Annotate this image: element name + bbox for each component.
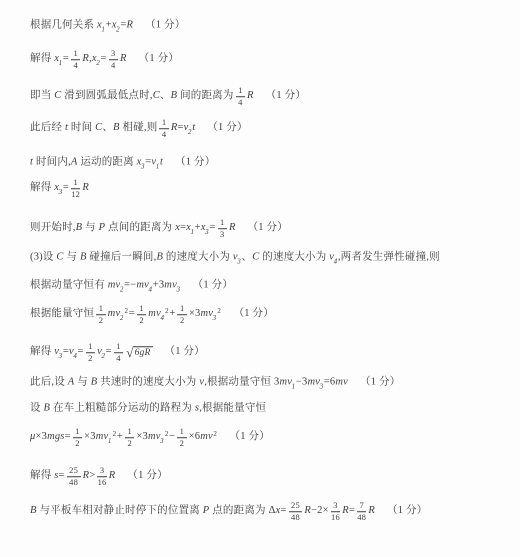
fraction-numerator: 1 <box>137 304 146 315</box>
superscript: 2 <box>217 307 221 315</box>
fraction: 34 <box>109 49 118 71</box>
fraction-numerator: 1 <box>71 178 80 189</box>
fraction-numerator: 7 <box>357 501 366 512</box>
math-symbol: P <box>203 506 210 519</box>
text-run: 相碰,则 <box>120 123 158 136</box>
score-label: （1 分） <box>387 506 427 519</box>
text-run: 点的距离为 <box>209 506 268 519</box>
text-run: = <box>59 471 65 484</box>
math-symbol: mgs <box>47 432 65 445</box>
score-label: （1 分） <box>193 280 233 293</box>
subscript: 4 <box>149 285 153 293</box>
fraction-denominator: 16 <box>331 513 340 523</box>
text-run: 、 <box>242 252 253 265</box>
text-run: 的速度大小为 <box>259 252 329 265</box>
math-symbol: B <box>91 377 98 390</box>
subscript: 3 <box>59 352 63 360</box>
fraction: 13 <box>218 218 227 240</box>
fraction-denominator: 2 <box>127 439 131 449</box>
fraction: 316 <box>97 466 106 488</box>
fraction-numerator: 1 <box>73 427 82 438</box>
subscript: 4 <box>160 314 164 322</box>
subscript: 3 <box>141 162 145 170</box>
text-run: ×3 <box>189 309 201 322</box>
formula-line: μ×3mgs=12×3mv12+12×3mv32−12×6mv2（1 分） <box>30 427 516 449</box>
math-symbol: C <box>153 91 160 104</box>
text-run: 在车上粗糙部分运动的路程为 <box>50 403 195 416</box>
formula-line: 根据能量守恒12mv22=12mv42+12×3mv32（1 分） <box>30 304 516 326</box>
math-symbol: mv <box>200 432 213 445</box>
math-symbol: A <box>71 157 78 170</box>
formula-line: 此后经 t 时间 C、B 相碰,则14R=v2t（1 分） <box>30 118 516 140</box>
text-run: 的速度大小为 <box>163 252 233 265</box>
fraction-numerator: 1 <box>177 304 186 315</box>
text-run: 根据动量守恒有 <box>30 280 108 293</box>
score-label: （1 分） <box>266 91 306 104</box>
subscript: 3 <box>160 437 164 445</box>
text-run: 与 <box>82 223 98 236</box>
formula-line: t 时间内,A 运动的距离 x3=v1t（1 分） <box>30 157 516 170</box>
text-run: = <box>63 54 69 67</box>
fraction-numerator: 1 <box>177 427 186 438</box>
math-symbol: B <box>76 223 83 236</box>
text-run: 运动的距离 <box>78 157 137 170</box>
text-run: 解得 <box>30 54 54 67</box>
math-symbol: mv <box>96 432 109 445</box>
score-label: （1 分） <box>234 309 274 322</box>
fraction: 14 <box>236 86 245 108</box>
text-run: =6 <box>324 377 336 390</box>
text-run: −3 <box>296 377 308 390</box>
text-run: = <box>100 54 106 67</box>
math-symbol: C <box>56 252 63 265</box>
text-run: 解得 <box>30 183 54 196</box>
text-run: = <box>78 347 84 360</box>
math-symbol: P <box>99 223 106 236</box>
math-symbol: B <box>156 252 163 265</box>
fraction-denominator: 4 <box>111 61 115 71</box>
fraction-numerator: 25 <box>67 466 81 477</box>
math-symbol: R <box>82 183 89 196</box>
superscript: 2 <box>125 307 129 315</box>
fraction-denominator: 48 <box>69 478 78 488</box>
text-run: 解得 <box>30 471 54 484</box>
text-run: ×3 <box>35 432 47 445</box>
math-symbol: R <box>229 223 236 236</box>
text-run: = <box>65 432 71 445</box>
score-label: （1 分） <box>127 471 167 484</box>
fraction: 316 <box>331 501 340 523</box>
fraction-denominator: 48 <box>357 513 366 523</box>
fraction-numerator: 3 <box>97 466 106 477</box>
text-run: = <box>280 506 286 519</box>
math-symbol: mv <box>335 377 348 390</box>
fraction-denominator: 2 <box>75 439 79 449</box>
math-symbol: B <box>171 91 178 104</box>
math-symbol: R <box>368 506 375 519</box>
fraction: 12 <box>96 304 105 326</box>
math-symbol: R <box>82 54 89 67</box>
subscript: 2 <box>120 285 124 293</box>
fraction-denominator: 2 <box>180 439 184 449</box>
superscript: 2 <box>113 430 117 438</box>
text-run: = <box>349 506 355 519</box>
superscript: 2 <box>165 307 169 315</box>
text-run: 碰撞后一瞬间, <box>87 252 157 265</box>
fraction: 12 <box>86 342 95 364</box>
subscript: 1 <box>59 59 63 67</box>
formula-line: 解得 v3=v4=12v2=14√6gR（1 分） <box>30 342 516 364</box>
text-run: + <box>169 309 175 322</box>
math-symbol: mv <box>136 280 149 293</box>
text-run: ×3 <box>84 432 96 445</box>
fraction-numerator: 1 <box>218 218 227 229</box>
text-run: 时间 <box>68 123 95 136</box>
fraction: 748 <box>357 501 366 523</box>
math-symbol: mv <box>148 309 161 322</box>
text-run: 共速时的速度大小为 <box>97 377 199 390</box>
fraction-numerator: 1 <box>125 427 134 438</box>
text-run: > <box>89 471 95 484</box>
fraction-denominator: 2 <box>99 316 103 326</box>
formula-line: 根据几何关系 x1+x2=R（1 分） <box>30 20 516 33</box>
fraction-numerator: 1 <box>159 118 168 129</box>
text-run: 设 <box>30 403 44 416</box>
fraction-denominator: 4 <box>162 130 166 140</box>
fraction-numerator: 3 <box>109 49 118 60</box>
text-run: = <box>209 223 215 236</box>
math-symbol: t <box>160 157 163 170</box>
subscript: 1 <box>156 162 160 170</box>
fraction-numerator: 1 <box>71 49 80 60</box>
text-run: + <box>117 432 123 445</box>
subscript: 1 <box>190 228 194 236</box>
text-run: 与 <box>64 252 80 265</box>
fraction-denominator: 3 <box>220 230 224 240</box>
math-symbol: R <box>247 91 254 104</box>
fraction-denominator: 4 <box>238 98 242 108</box>
fraction-denominator: 12 <box>71 190 80 200</box>
text-run: 、 <box>160 91 171 104</box>
formula-line: 解得 x1=14R,x2=34R（1 分） <box>30 49 516 71</box>
formula-line: 此后,设 A 与 B 共速时的速度大小为 v,根据动量守恒 3mv1−3mv3=… <box>30 377 516 390</box>
text-run: 即当 <box>30 91 54 104</box>
text-run: Δ <box>269 506 276 519</box>
fraction: 112 <box>71 178 80 200</box>
radicand: 6gR <box>133 346 153 359</box>
score-label: （1 分） <box>139 54 179 67</box>
fraction: 14 <box>114 342 123 364</box>
fraction-numerator: 3 <box>331 501 340 512</box>
text-run: ,两者发生弹性碰撞,则 <box>338 252 440 265</box>
text-run: 点间的距离为 <box>105 223 175 236</box>
text-run: 与 <box>74 377 90 390</box>
text-run: ×6 <box>189 432 201 445</box>
superscript: 2 <box>165 430 169 438</box>
superscript: 2 <box>213 430 217 438</box>
fraction-numerator: 1 <box>86 342 95 353</box>
text-run: 滑到圆弧最低点时, <box>61 91 152 104</box>
fraction: 12 <box>177 427 186 449</box>
math-symbol: R <box>120 54 127 67</box>
subscript: 2 <box>120 314 124 322</box>
math-symbol: C <box>252 252 259 265</box>
subscript: 2 <box>101 352 105 360</box>
fraction: 14 <box>71 49 80 71</box>
math-symbol: R <box>83 471 90 484</box>
sqrt-expression: √6gR <box>126 346 152 359</box>
text-run: = <box>106 347 112 360</box>
answer-key-page: 根据几何关系 x1+x2=R（1 分）解得 x1=14R,x2=34R（1 分）… <box>0 0 520 557</box>
fraction-denominator: 48 <box>291 513 300 523</box>
fraction: 12 <box>177 304 186 326</box>
math-symbol: mv <box>307 377 320 390</box>
text-run: − <box>169 432 175 445</box>
text-run: 时间内, <box>33 157 71 170</box>
formula-line: B 与平板车相对静止时停下的位置离 P 点的距离为 Δx=2548R−2×316… <box>30 501 516 523</box>
text-run: =− <box>124 280 136 293</box>
fraction-denominator: 16 <box>98 478 107 488</box>
formula-line: 解得 s=2548R>316R（1 分） <box>30 466 516 488</box>
fraction: 12 <box>73 427 82 449</box>
math-symbol: B <box>30 506 37 519</box>
subscript: 2 <box>96 59 100 67</box>
fraction-denominator: 2 <box>139 316 143 326</box>
math-symbol: C <box>95 123 102 136</box>
text-run: +3 <box>153 280 165 293</box>
subscript: 3 <box>320 382 324 390</box>
subscript: 3 <box>237 257 241 265</box>
fraction: 12 <box>125 427 134 449</box>
text-run: 、 <box>102 123 113 136</box>
subscript: 2 <box>116 25 120 33</box>
math-symbol: A <box>68 377 75 390</box>
fraction: 12 <box>137 304 146 326</box>
math-symbol: C <box>54 91 61 104</box>
score-label: （1 分） <box>145 20 185 33</box>
text-run: ×3 <box>136 432 148 445</box>
text-run: (3)设 <box>30 252 56 265</box>
formula-line: (3)设 C 与 B 碰撞后一瞬间,B 的速度大小为 v3、C 的速度大小为 v… <box>30 252 516 265</box>
text-run: = <box>129 309 135 322</box>
formula-line: 设 B 在车上粗糙部分运动的路程为 s,根据能量守恒 <box>30 403 516 416</box>
subscript: 1 <box>292 382 296 390</box>
score-label: （1 分） <box>165 347 205 360</box>
math-symbol: mv <box>148 432 161 445</box>
text-run: 则开始时, <box>30 223 76 236</box>
text-run: 与平板车相对静止时停下的位置离 <box>37 506 203 519</box>
math-symbol: R <box>342 506 349 519</box>
formula-line: 即当 C 滑到圆弧最低点时,C、B 间的距离为14R（1 分） <box>30 86 516 108</box>
formula-line: 则开始时,B 与 P 点间的距离为 x=x1+x3=13R（1 分） <box>30 218 516 240</box>
score-label: （1 分） <box>360 377 400 390</box>
subscript: 4 <box>73 352 77 360</box>
fraction-numerator: 1 <box>96 304 105 315</box>
math-symbol: mv <box>280 377 293 390</box>
subscript: 2 <box>188 128 192 136</box>
text-run: 根据几何关系 <box>30 20 97 33</box>
subscript: 3 <box>176 285 180 293</box>
fraction: 2548 <box>67 466 81 488</box>
text-run: 根据能量守恒 <box>30 309 94 322</box>
math-symbol: R <box>126 20 133 33</box>
math-symbol: R <box>109 471 116 484</box>
math-symbol: t <box>192 123 195 136</box>
math-symbol: B <box>44 403 51 416</box>
formula-line: 解得 x3=112R <box>30 178 516 200</box>
text-run: 此后经 <box>30 123 65 136</box>
math-symbol: B <box>80 252 87 265</box>
fraction-denominator: 4 <box>116 354 120 364</box>
text-run: ,根据能量守恒 <box>199 403 266 416</box>
text-run: 解得 <box>30 347 54 360</box>
math-symbol: R <box>304 506 311 519</box>
fraction: 14 <box>159 118 168 140</box>
text-run: 间的距离为 <box>177 91 233 104</box>
score-label: （1 分） <box>230 432 270 445</box>
fraction: 2548 <box>289 501 303 523</box>
score-label: （1 分） <box>175 157 215 170</box>
score-label: （1 分） <box>207 123 247 136</box>
fraction-denominator: 2 <box>180 316 184 326</box>
math-symbol: mv <box>108 280 121 293</box>
text-run: −2× <box>311 506 329 519</box>
fraction-numerator: 1 <box>114 342 123 353</box>
math-symbol: R <box>171 123 178 136</box>
score-label: （1 分） <box>248 223 288 236</box>
fraction-denominator: 4 <box>73 61 77 71</box>
subscript: 3 <box>213 314 217 322</box>
math-symbol: B <box>113 123 120 136</box>
text-run: ,根据动量守恒 <box>204 377 274 390</box>
fraction-denominator: 2 <box>88 354 92 364</box>
math-symbol: mv <box>108 309 121 322</box>
math-symbol: mv <box>201 309 214 322</box>
subscript: 1 <box>101 25 105 33</box>
text-run: 此后,设 <box>30 377 68 390</box>
fraction-numerator: 25 <box>289 501 303 512</box>
subscript: 4 <box>334 257 338 265</box>
subscript: 3 <box>59 188 63 196</box>
subscript: 3 <box>205 228 209 236</box>
subscript: 1 <box>108 437 112 445</box>
fraction-numerator: 1 <box>236 86 245 97</box>
text-run: = <box>63 183 69 196</box>
formula-line: 根据动量守恒有 mv2=−mv4+3mv3（1 分） <box>30 280 516 293</box>
